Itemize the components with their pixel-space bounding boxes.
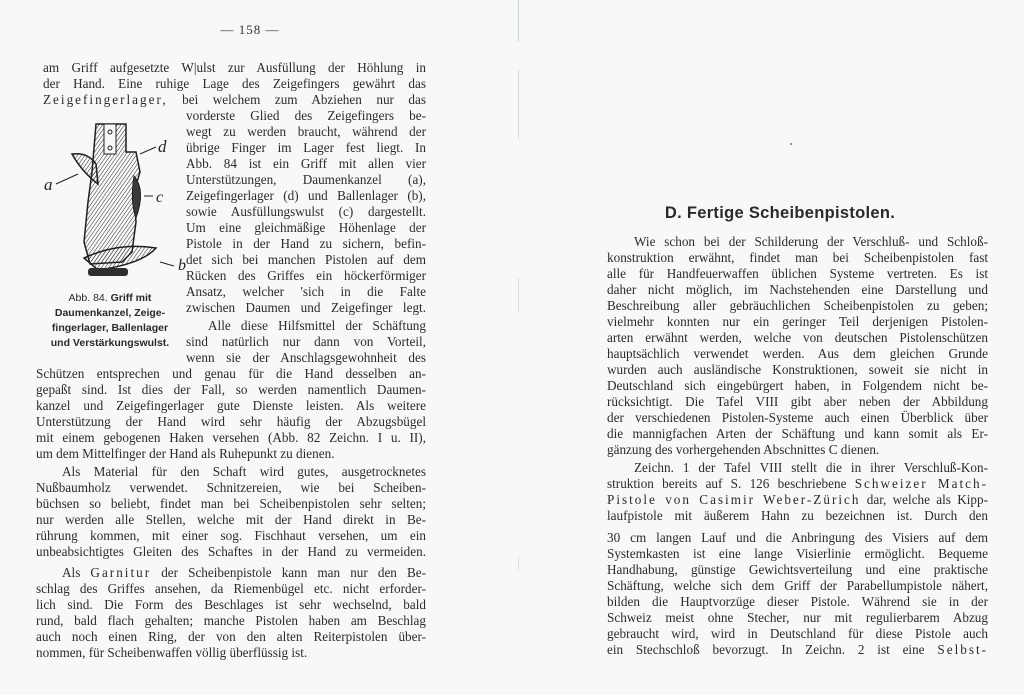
text-line: det sich bei manchen Pistolen auf dem	[186, 252, 426, 268]
text-line: struktion bereits auf S. 126 beschrieben…	[607, 476, 988, 492]
text-line: wegt zu werden braucht, während der	[186, 124, 426, 140]
page-gutter	[518, 0, 519, 695]
section-heading: D. Fertige Scheibenpistolen.	[600, 204, 960, 223]
text-line: Pistole von Casimir Weber-Zürich dar, we…	[607, 492, 988, 508]
text-line: um dem Mittelfinger der Hand als Ruhepun…	[36, 446, 426, 462]
page-number: — 158 —	[200, 22, 300, 38]
text-line: Alle diese Hilfsmittel der Schäftung	[208, 318, 426, 334]
text-span: ein Stechschloß bevorzugt. In Zeichn. 2 …	[607, 642, 925, 657]
text-line: sind natürlich nur dann von Vorteil,	[186, 334, 426, 350]
emphasis-term: Zeigefingerlager,	[43, 92, 168, 107]
book-spread: — 158 — am Griff aufgesetzte W|ulst zur …	[0, 0, 1024, 695]
text-line: unbeabsichtigtes Gleiten des Schaftes in…	[36, 544, 426, 560]
caption-text: Daumenkanzel, Zeige-	[55, 307, 165, 319]
text-line: Schweiz meist ohne Stecher, nur mit regu…	[607, 610, 988, 626]
text-line: vorderste Glied des Zeigefingers be-	[186, 108, 426, 124]
text-line: Schützen entsprechen und genau für die H…	[36, 366, 426, 382]
text-span: struktion bereits auf S. 126 beschrieben…	[607, 476, 846, 491]
text-span: bei welchem zum Abziehen nur das	[182, 92, 426, 107]
pistol-grip-illustration: a d c b	[38, 112, 186, 290]
text-line: Systemkasten ist eine lange Visierlinie …	[607, 546, 988, 562]
text-line: am Griff aufgesetzte W|ulst zur Ausfüllu…	[43, 60, 426, 76]
figure-pistol-grip: a d c b	[38, 112, 186, 290]
emphasis-term: Schweizer Match-	[855, 476, 988, 491]
figure-caption: Abb. 84. Griff mit Daumenkanzel, Zeige- …	[40, 291, 180, 351]
text-line: Zeigefingerlager, bei welchem zum Abzieh…	[43, 92, 426, 108]
text-line: lich sind. Die Form des Beschlages ist s…	[36, 597, 426, 613]
text-span: dar, welche als Kipp-	[867, 492, 988, 507]
text-line: wurden auch ausländische Konstruktionen,…	[607, 362, 988, 378]
text-line: rührung kommen, mit einer sog. Fischhaut…	[36, 528, 426, 544]
text-line: Wie schon bei der Schilderung der Versch…	[634, 234, 988, 250]
text-line: arten erwähnt werden, welche von deutsch…	[607, 330, 988, 346]
text-line: schlag des Griffes ansehen, da Riemenbüg…	[36, 581, 426, 597]
text-line: Rücken des Griffes ein höckerförmiger	[186, 268, 426, 284]
emphasis-term: Selbst-	[937, 642, 988, 657]
text-line: nur werden alle Stellen, welche mit der …	[36, 512, 426, 528]
text-line: auch noch einen Ring, der von den alten …	[36, 629, 426, 645]
text-line: büchsen so beliebt, findet man bei Schei…	[36, 496, 426, 512]
text-line: Schäftung, welche sich dem Griff der Par…	[607, 578, 988, 594]
text-line: Beschreibung aller gebräuchlichen Scheib…	[607, 298, 988, 314]
caption-text: fingerlager, Ballenlager	[52, 322, 168, 334]
text-line: übrige Finger im Lager fest liegt. In	[186, 140, 426, 156]
text-line: daher nicht möglich, im Nachstehenden ei…	[607, 282, 988, 298]
text-line: Unterstützung der Hand wird sehr häufig …	[36, 414, 426, 430]
text-line: Um eine gleichmäßige Höhenlage der	[186, 220, 426, 236]
text-line: vielmehr konnten nur ein geringer Teil d…	[607, 314, 988, 330]
text-line: Zeichn. 1 der Tafel VIII stellt die in i…	[634, 460, 988, 476]
text-line: Als Garnitur der Scheibenpistole kann ma…	[62, 565, 426, 581]
caption-number: Abb. 84.	[69, 292, 108, 304]
text-line: der verschiedenen Pistolen-Systeme auch …	[607, 410, 988, 426]
svg-text:d: d	[158, 137, 167, 156]
scan-speck	[790, 143, 792, 145]
text-line: laufpistole mit äußerem Hahn zu bezeichn…	[607, 508, 988, 524]
text-line: gänzung des vorhergehenden Abschnittes C…	[607, 442, 988, 458]
text-line: hauptsächlich verwendet werden. Aus dem …	[607, 346, 988, 362]
emphasis-term: Pistole von Casimir Weber-Zürich	[607, 492, 860, 507]
text-line: zwischen Daumen und Zeigefinger legt.	[186, 300, 426, 316]
text-line: gepaßt sind. Ist dies der Fall, so werde…	[36, 382, 426, 398]
text-line: die mannigfachen Arten der Schäftung und…	[607, 426, 988, 442]
text-line: ein Stechschloß bevorzugt. In Zeichn. 2 …	[607, 642, 988, 658]
svg-text:b: b	[178, 257, 186, 274]
text-line: gebraucht wird, wird in Deutschland für …	[607, 626, 988, 642]
text-line: sowie Ausfüllungswulst (c) dargestellt.	[186, 204, 426, 220]
text-line: rücksichtigt. Die Tafel VIII gibt aber n…	[607, 394, 988, 410]
text-line: rund, bald flach gehalten; manche Pistol…	[36, 613, 426, 629]
svg-text:a: a	[44, 175, 53, 194]
emphasis-term: Garnitur	[90, 565, 151, 580]
text-span: Als	[62, 565, 80, 580]
text-line: bilden die Hauptvorzüge dieser Pistole. …	[607, 594, 988, 610]
text-line: alle für Handfeuerwaffen üblichen System…	[607, 266, 988, 282]
text-line: mit einem gebogenen Haken versehen (Abb.…	[36, 430, 426, 446]
text-line: Abb. 84 ist ein Griff mit allen vier	[186, 156, 426, 172]
text-line: 30 cm langen Lauf und die Anbringung des…	[607, 530, 988, 546]
text-line: Nußbaumholz verwendet. Schnitzereien, wi…	[36, 480, 426, 496]
text-line: wenn sie der Anschlagsgewohnheit des	[186, 350, 426, 366]
text-line: Pistole in der Hand zu sichern, befin-	[186, 236, 426, 252]
text-line: konstruktion erwähnt, findet man bei Sch…	[607, 250, 988, 266]
text-line: Deutschland sich eingebürgert haben, in …	[607, 378, 988, 394]
text-line: kanzel und Zeigefingerlager gute Dienste…	[36, 398, 426, 414]
text-line: nommen, für Scheibenwaffen völlig überfl…	[36, 645, 426, 661]
text-line: Als Material für den Schaft wird gutes, …	[62, 464, 426, 480]
caption-text: und Verstärkungswulst.	[51, 337, 169, 349]
text-line: Ansatz, welcher 'sich in die Falte	[186, 284, 426, 300]
text-line: der Hand. Eine ruhige Lage des Zeigefing…	[43, 76, 426, 92]
svg-text:c: c	[156, 189, 163, 206]
text-span: der Scheibenpistole kann man nur den Be-	[161, 565, 426, 580]
caption-text: Griff mit	[111, 292, 152, 304]
text-line: Unterstützungen, Daumenkanzel (a),	[186, 172, 426, 188]
text-line: Zeigefingerlager (d) und Ballenlager (b)…	[186, 188, 426, 204]
text-line: Handhabung, günstige Gewichtsverteilung …	[607, 562, 988, 578]
